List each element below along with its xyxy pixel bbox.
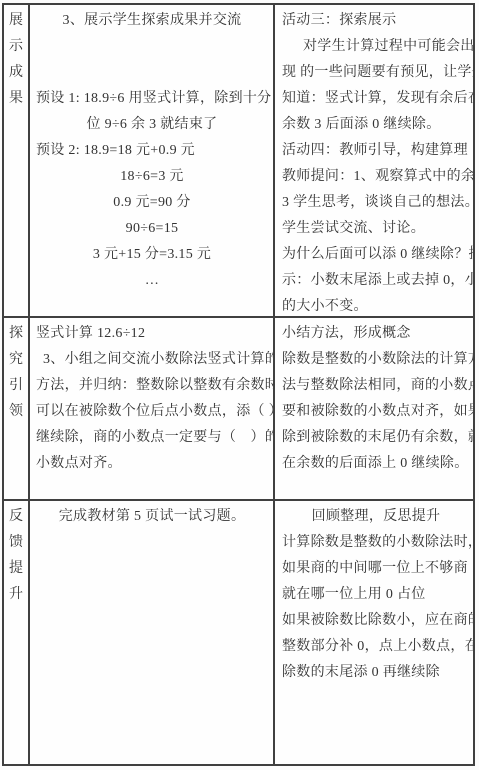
text-line: 除数的末尾添 0 再继续除	[282, 660, 470, 686]
text-line: 整数部分补 0，点上小数点，在被	[282, 634, 470, 660]
text-line: 3、展示学生探索成果并交流	[36, 8, 268, 34]
row-label-zhanshi-chengguo: 展示成果	[4, 5, 30, 316]
table-row-presentation: 展示成果 3、展示学生探索成果并交流预设 1: 18.9÷6 用竖式计算，除到十…	[4, 5, 473, 318]
text-line: 领	[4, 399, 28, 425]
text-line: 果	[4, 86, 28, 112]
document-page: 展示成果 3、展示学生探索成果并交流预设 1: 18.9÷6 用竖式计算，除到十…	[0, 0, 479, 770]
text-line: 0.9 元=90 分	[36, 190, 268, 216]
row-label-tanjiu-yinling: 探究引领	[4, 318, 30, 499]
text-line: 活动四：教师引导，构建算理	[282, 138, 470, 164]
text-line: 3 学生思考，谈谈自己的想法。	[282, 190, 470, 216]
text-line: 要和被除数的小数点对齐，如果	[282, 399, 470, 425]
text-line: 继续除，商的小数点一定要与（ ）的	[36, 425, 268, 451]
text-line: 计算除数是整数的小数除法时，	[282, 530, 470, 556]
text-line: 可以在被除数个位后点小数点，添（ ）	[36, 399, 268, 425]
text-line: 除到被除数的末尾仍有余数，就	[282, 425, 470, 451]
text-line: 3 元+15 分=3.15 元	[36, 242, 268, 268]
text-line: 竖式计算 12.6÷12	[36, 321, 268, 347]
text-line: 示	[4, 34, 28, 60]
cell-feedback-notes: 回顾整理，反思提升计算除数是整数的小数除法时，如果商的中间哪一位上不够商 1，就…	[275, 501, 473, 764]
text-line: 的大小不变。	[282, 294, 470, 316]
text-line: …	[36, 268, 268, 294]
text-line: 反	[4, 504, 28, 530]
table-row-feedback: 反馈提升 完成教材第 5 页试一试习题。 回顾整理，反思提升计算除数是整数的小数…	[4, 501, 473, 764]
cell-presentation-notes: 活动三：探索展示对学生计算过程中可能会出现 的一些问题要有预见，让学生知道：竖式…	[275, 5, 473, 316]
text-line: 引	[4, 373, 28, 399]
text-line	[36, 60, 268, 86]
table-row-inquiry: 探究引领 竖式计算 12.6÷123、小组之间交流小数除法竖式计算的方法，并归纳…	[4, 318, 473, 501]
text-line: 位 9÷6 余 3 就结束了	[36, 112, 268, 138]
text-line: 对学生计算过程中可能会出	[282, 34, 470, 60]
text-line: 展	[4, 8, 28, 34]
text-line: 就在哪一位上用 0 占位	[282, 582, 470, 608]
text-line: 预设 2: 18.9=18 元+0.9 元	[36, 138, 268, 164]
text-line: 知道：竖式计算，发现有余后在	[282, 86, 470, 112]
text-line: 探	[4, 321, 28, 347]
lesson-plan-table: 展示成果 3、展示学生探索成果并交流预设 1: 18.9÷6 用竖式计算，除到十…	[2, 3, 475, 766]
text-line	[36, 34, 268, 60]
text-line: 90÷6=15	[36, 216, 268, 242]
text-line: 3、小组之间交流小数除法竖式计算的	[36, 347, 268, 373]
text-line: 如果被除数比除数小，应在商的	[282, 608, 470, 634]
cell-inquiry-activities: 竖式计算 12.6÷123、小组之间交流小数除法竖式计算的方法，并归纳：整数除以…	[30, 318, 275, 499]
text-line: 馈	[4, 530, 28, 556]
text-line: 究	[4, 347, 28, 373]
text-line: 回顾整理，反思提升	[282, 504, 470, 530]
text-line: 余数 3 后面添 0 继续除。	[282, 112, 470, 138]
text-line: 完成教材第 5 页试一试习题。	[36, 504, 268, 530]
row-label-fankui-tisheng: 反馈提升	[4, 501, 30, 764]
text-line: 学生尝试交流、讨论。	[282, 216, 470, 242]
text-line: 方法，并归纳：整数除以整数有余数时，	[36, 373, 268, 399]
text-line: 如果商的中间哪一位上不够商 1，	[282, 556, 470, 582]
text-line: 在余数的后面添上 0 继续除。	[282, 451, 470, 477]
cell-presentation-activities: 3、展示学生探索成果并交流预设 1: 18.9÷6 用竖式计算，除到十分位 9÷…	[30, 5, 275, 316]
text-line: 预设 1: 18.9÷6 用竖式计算，除到十分	[36, 86, 268, 112]
text-line: 现 的一些问题要有预见，让学生	[282, 60, 470, 86]
text-line: 教师提问：1、观察算式中的余数	[282, 164, 470, 190]
text-line: 升	[4, 582, 28, 608]
text-line: 法与整数除法相同，商的小数点	[282, 373, 470, 399]
text-line: 示：小数末尾添上或去掉 0，小数	[282, 268, 470, 294]
text-line: 为什么后面可以添 0 继续除？提	[282, 242, 470, 268]
text-line: 小结方法，形成概念	[282, 321, 470, 347]
cell-feedback-activities: 完成教材第 5 页试一试习题。	[30, 501, 275, 764]
text-line: 活动三：探索展示	[282, 8, 470, 34]
text-line: 18÷6=3 元	[36, 164, 268, 190]
text-line: 小数点对齐。	[36, 451, 268, 477]
text-line: 提	[4, 556, 28, 582]
text-line: 成	[4, 60, 28, 86]
cell-inquiry-notes: 小结方法，形成概念除数是整数的小数除法的计算方法与整数除法相同，商的小数点要和被…	[275, 318, 473, 499]
text-line: 除数是整数的小数除法的计算方	[282, 347, 470, 373]
